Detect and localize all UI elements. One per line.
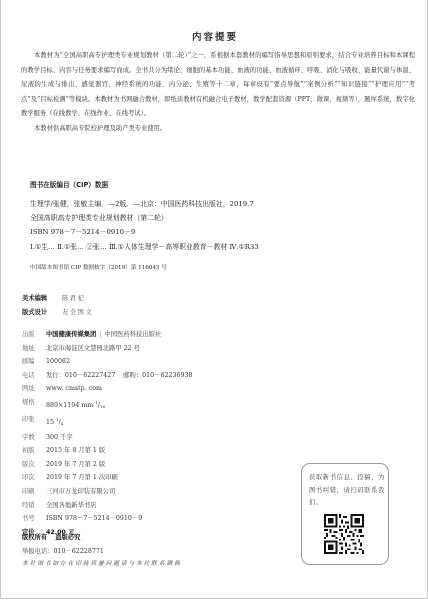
credits: 美术编辑 陈君杞 版式设计 友全图文	[22, 292, 93, 319]
pub-value: 100082	[46, 355, 70, 369]
report-phone: 举报电话：010－62228771	[22, 545, 182, 559]
qr-box-text: 获取新书信息、投稿、为图书纠错，请扫码联系我们。	[309, 472, 385, 510]
pub-label: 网址	[22, 382, 46, 396]
sheets-frac-den: 4	[61, 421, 64, 426]
credit-row: 美术编辑 陈君杞	[22, 292, 93, 306]
copyright-page: 内容提要 本教材为“全国高职高专护理类专业规划教材（第二轮）”之一，系根据本套教…	[0, 0, 428, 599]
pub-label: 印刷	[22, 485, 46, 499]
pub-row: 网址 www. cmstp. com	[22, 382, 193, 396]
pub-label: 邮编	[22, 355, 46, 369]
pub-value: 2019 年 7 月第 1 次印刷	[46, 471, 118, 485]
pub-row: 书号 ISBN 978－7－5214－0910－9	[22, 512, 193, 526]
cip-data: 生理学/张健，张敏主编．—2版．—北京：中国医药科技出版社，2019.7 全国高…	[30, 197, 410, 254]
cip-line: 全国高职高专护理类专业规划教材（第二轮）	[30, 211, 410, 225]
cip-line: 生理学/张健，张敏主编．—2版．—北京：中国医药科技出版社，2019.7	[30, 197, 410, 211]
publication-info: 出版 中国健康传媒集团|中国医药科技出版社 地址 北京市海淀区文慧园北路甲 22…	[22, 328, 193, 539]
pub-label: 初版	[22, 444, 46, 458]
pub-row-publisher: 出版 中国健康传媒集团|中国医药科技出版社	[22, 328, 193, 342]
cip-title: 图书在版编目（CIP）数据	[30, 179, 108, 189]
pub-row: 印刷 三河市万龙印装有限公司	[22, 485, 193, 499]
credit-label: 版式设计	[22, 306, 62, 320]
pub-label: 出版	[22, 328, 46, 342]
publisher-group: 中国健康传媒集团	[46, 331, 96, 338]
format-value: 889×1194 mm 1/16	[46, 396, 105, 414]
summary-paragraph: 本教材为“全国高职高专护理类专业规划教材（第二轮）”之一，系根据本套教材的编写指…	[21, 49, 415, 122]
sheets-whole: 15	[46, 419, 54, 426]
pub-row: 地址 北京市海淀区文慧园北路甲 22 号	[22, 342, 193, 356]
format-frac-den: 16	[100, 404, 105, 409]
publisher-name: 中国医药科技出版社	[105, 331, 162, 338]
pub-label: 电话	[22, 369, 46, 383]
sheets-frac-num: 1	[56, 417, 59, 422]
pub-label: 版次	[22, 458, 46, 472]
pub-row: 字数 300 千字	[22, 431, 193, 445]
pub-row-sheets: 印张 15 1/4	[22, 413, 193, 431]
summary-title: 内容提要	[1, 29, 428, 43]
qr-code-icon[interactable]	[324, 514, 364, 554]
pub-label: 印张	[22, 413, 46, 431]
cip-line: Ⅰ.①生… Ⅱ.①张… ②张… Ⅲ.①人体生理学－高等职业教育－教材 Ⅳ.①R3…	[30, 240, 410, 254]
credit-value: 友全图文	[62, 306, 93, 320]
pub-row: 邮编 100082	[22, 355, 193, 369]
pub-value: www. cmstp. com	[46, 382, 102, 396]
pub-label: 地址	[22, 342, 46, 356]
credit-label: 美术编辑	[22, 292, 62, 306]
credit-value: 陈君杞	[62, 292, 85, 306]
pub-value: 三河市万龙印装有限公司	[46, 485, 115, 499]
pub-row: 初版 2015 年 8 月第 1 版	[22, 444, 193, 458]
pub-value: 全国各地新华书店	[46, 499, 96, 513]
cip-line: ISBN 978－7－5214－0910－9	[30, 225, 410, 239]
rights-section: 版权所有盗版必究 举报电话：010－62228771 本社图书如存在印装质量问题…	[22, 531, 182, 572]
publisher-separator: |	[99, 331, 101, 338]
pub-value: 2019 年 7 月第 2 版	[46, 458, 105, 472]
pub-row-format: 规格 889×1194 mm 1/16	[22, 396, 193, 414]
publisher-value: 中国健康传媒集团|中国医药科技出版社	[46, 328, 161, 342]
pub-label: 规格	[22, 396, 46, 414]
quality-notice: 本社图书如存在印装质量问题请与本社联系调换	[22, 558, 182, 572]
credit-row: 版式设计 友全图文	[22, 306, 93, 320]
copyright-notice: 版权所有盗版必究	[22, 531, 182, 545]
qr-contact-box: 获取新书信息、投稿、为图书纠错，请扫码联系我们。	[301, 463, 389, 565]
copyright-left: 版权所有	[22, 534, 47, 541]
pub-value: 发行：010－62227427 邮购：010－62236938	[46, 369, 193, 383]
format-size: 889×1194 mm	[46, 402, 93, 409]
pub-row: 印次 2019 年 7 月第 1 次印刷	[22, 471, 193, 485]
format-frac-num: 1	[95, 400, 98, 405]
summary-body: 本教材为“全国高职高专护理类专业规划教材（第二轮）”之一，系根据本套教材的编写指…	[21, 49, 415, 137]
pub-value: ISBN 978－7－5214－0910－9	[46, 512, 142, 526]
pub-row: 经销 全国各地新华书店	[22, 499, 193, 513]
pub-label: 字数	[22, 431, 46, 445]
pub-value: 300 千字	[46, 431, 73, 445]
pub-label: 印次	[22, 471, 46, 485]
sheets-value: 15 1/4	[46, 413, 63, 431]
pub-value: 北京市海淀区文慧园北路甲 22 号	[46, 342, 140, 356]
pub-label: 书号	[22, 512, 46, 526]
pub-label: 经销	[22, 499, 46, 513]
copyright-right: 盗版必究	[55, 534, 80, 541]
pub-value: 2015 年 8 月第 1 版	[46, 444, 105, 458]
cip-record-number: 中国版本图书馆 CIP 数据核字（2019）第 116045 号	[30, 263, 167, 271]
pub-row: 版次 2019 年 7 月第 2 版	[22, 458, 193, 472]
pub-row: 电话 发行：010－62227427 邮购：010－62236938	[22, 369, 193, 383]
summary-paragraph: 本教材供高职高专院校护理及助产类专业使用。	[21, 122, 415, 137]
